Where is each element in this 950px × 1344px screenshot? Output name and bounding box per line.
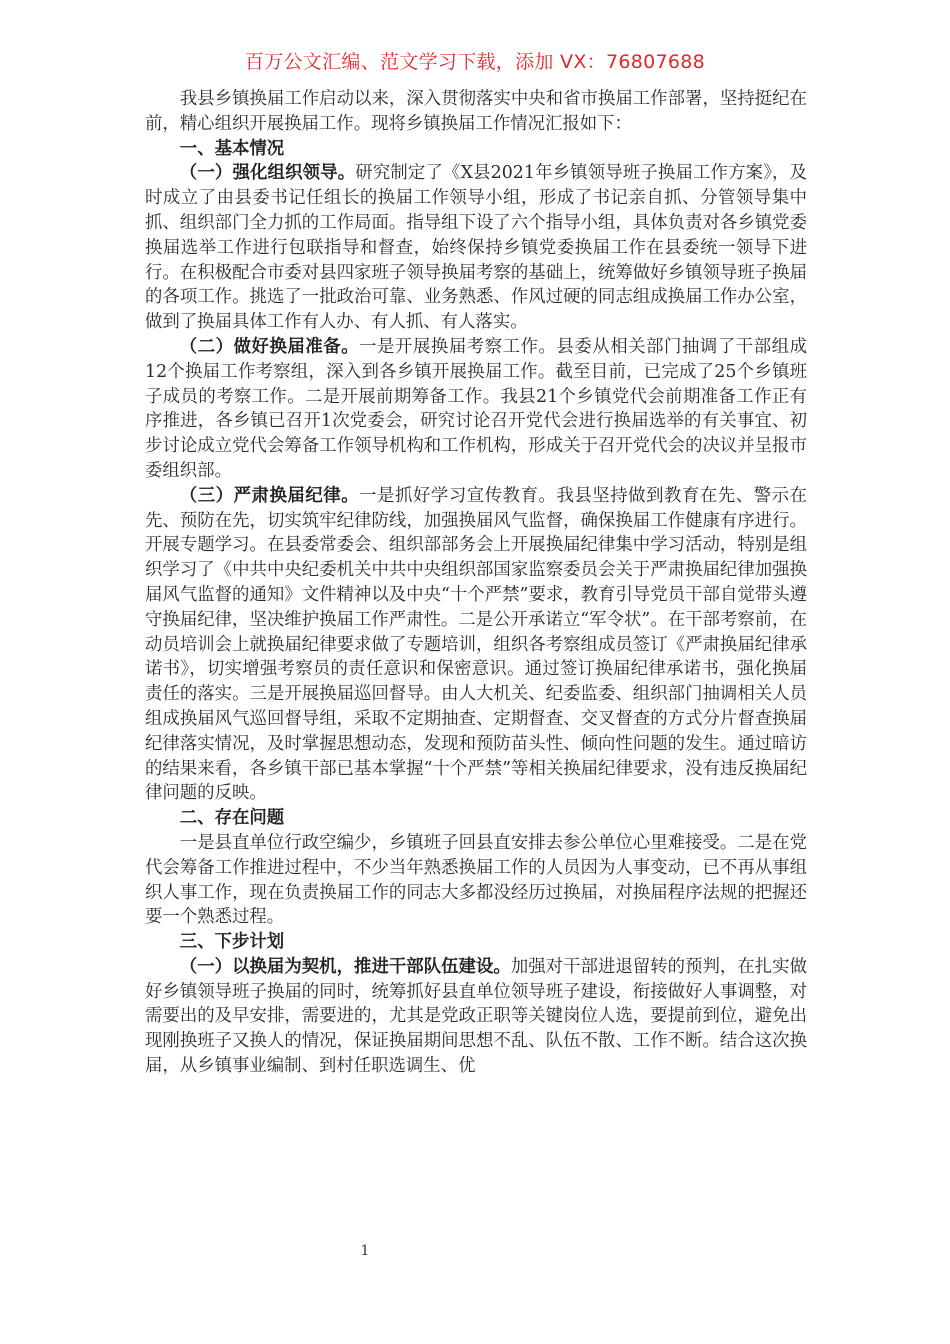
section-heading-existing-problems: 二、存在问题 bbox=[145, 806, 807, 831]
section-heading-next-plan: 三、下步计划 bbox=[145, 930, 807, 955]
page-number: 1 bbox=[355, 1243, 375, 1259]
paragraph-election-preparation: （二）做好换届准备。一是开展换届考察工作。县委从相关部门抽调了干部组成12个换届… bbox=[145, 335, 807, 484]
paragraph-election-discipline: （三）严肃换届纪律。一是抓好学习宣传教育。我县坚持做到教育在先、警示在先、预防在… bbox=[145, 484, 807, 806]
paragraph-cadre-team-building: （一）以换届为契机，推进干部队伍建设。加强对干部进退留转的预判，在扎实做好乡镇领… bbox=[145, 955, 807, 1079]
paragraph-text: 研究制定了《X县2021年乡镇领导班子换届工作方案》，及时成立了由县委书记任组长… bbox=[145, 163, 807, 332]
paragraph-text: 一是县直单位行政空编少，乡镇班子回县直安排去参公单位心里难接受。二是在党代会筹备… bbox=[145, 833, 807, 927]
watermark-banner: 百万公文汇编、范文学习下载，添加 VX：76807688 bbox=[0, 47, 950, 74]
paragraph-organization-leadership: （一）强化组织领导。研究制定了《X县2021年乡镇领导班子换届工作方案》，及时成… bbox=[145, 161, 807, 335]
document-body: 我县乡镇换届工作启动以来，深入贯彻落实中央和省市换届工作部署，坚持挺纪在前，精心… bbox=[145, 87, 807, 1079]
paragraph-lead: （一）以换届为契机，推进干部队伍建设。 bbox=[180, 957, 511, 977]
paragraph-lead: （一）强化组织领导。 bbox=[180, 163, 355, 183]
paragraph-problems: 一是县直单位行政空编少，乡镇班子回县直安排去参公单位心里难接受。二是在党代会筹备… bbox=[145, 831, 807, 930]
section-heading-basic-situation: 一、基本情况 bbox=[145, 137, 807, 162]
document-page: 百万公文汇编、范文学习下载，添加 VX：76807688 我县乡镇换届工作启动以… bbox=[0, 0, 950, 1344]
paragraph-text: 一是抓好学习宣传教育。我县坚持做到教育在先、警示在先、预防在先，切实筑牢纪律防线… bbox=[145, 486, 807, 804]
paragraph-lead: （三）严肃换届纪律。 bbox=[180, 486, 359, 506]
paragraph-lead: （二）做好换届准备。 bbox=[180, 337, 359, 357]
paragraph-text: 一是开展换届考察工作。县委从相关部门抽调了干部组成12个换届工作考察组，深入到各… bbox=[145, 337, 807, 481]
intro-paragraph: 我县乡镇换届工作启动以来，深入贯彻落实中央和省市换届工作部署，坚持挺纪在前，精心… bbox=[145, 87, 807, 137]
